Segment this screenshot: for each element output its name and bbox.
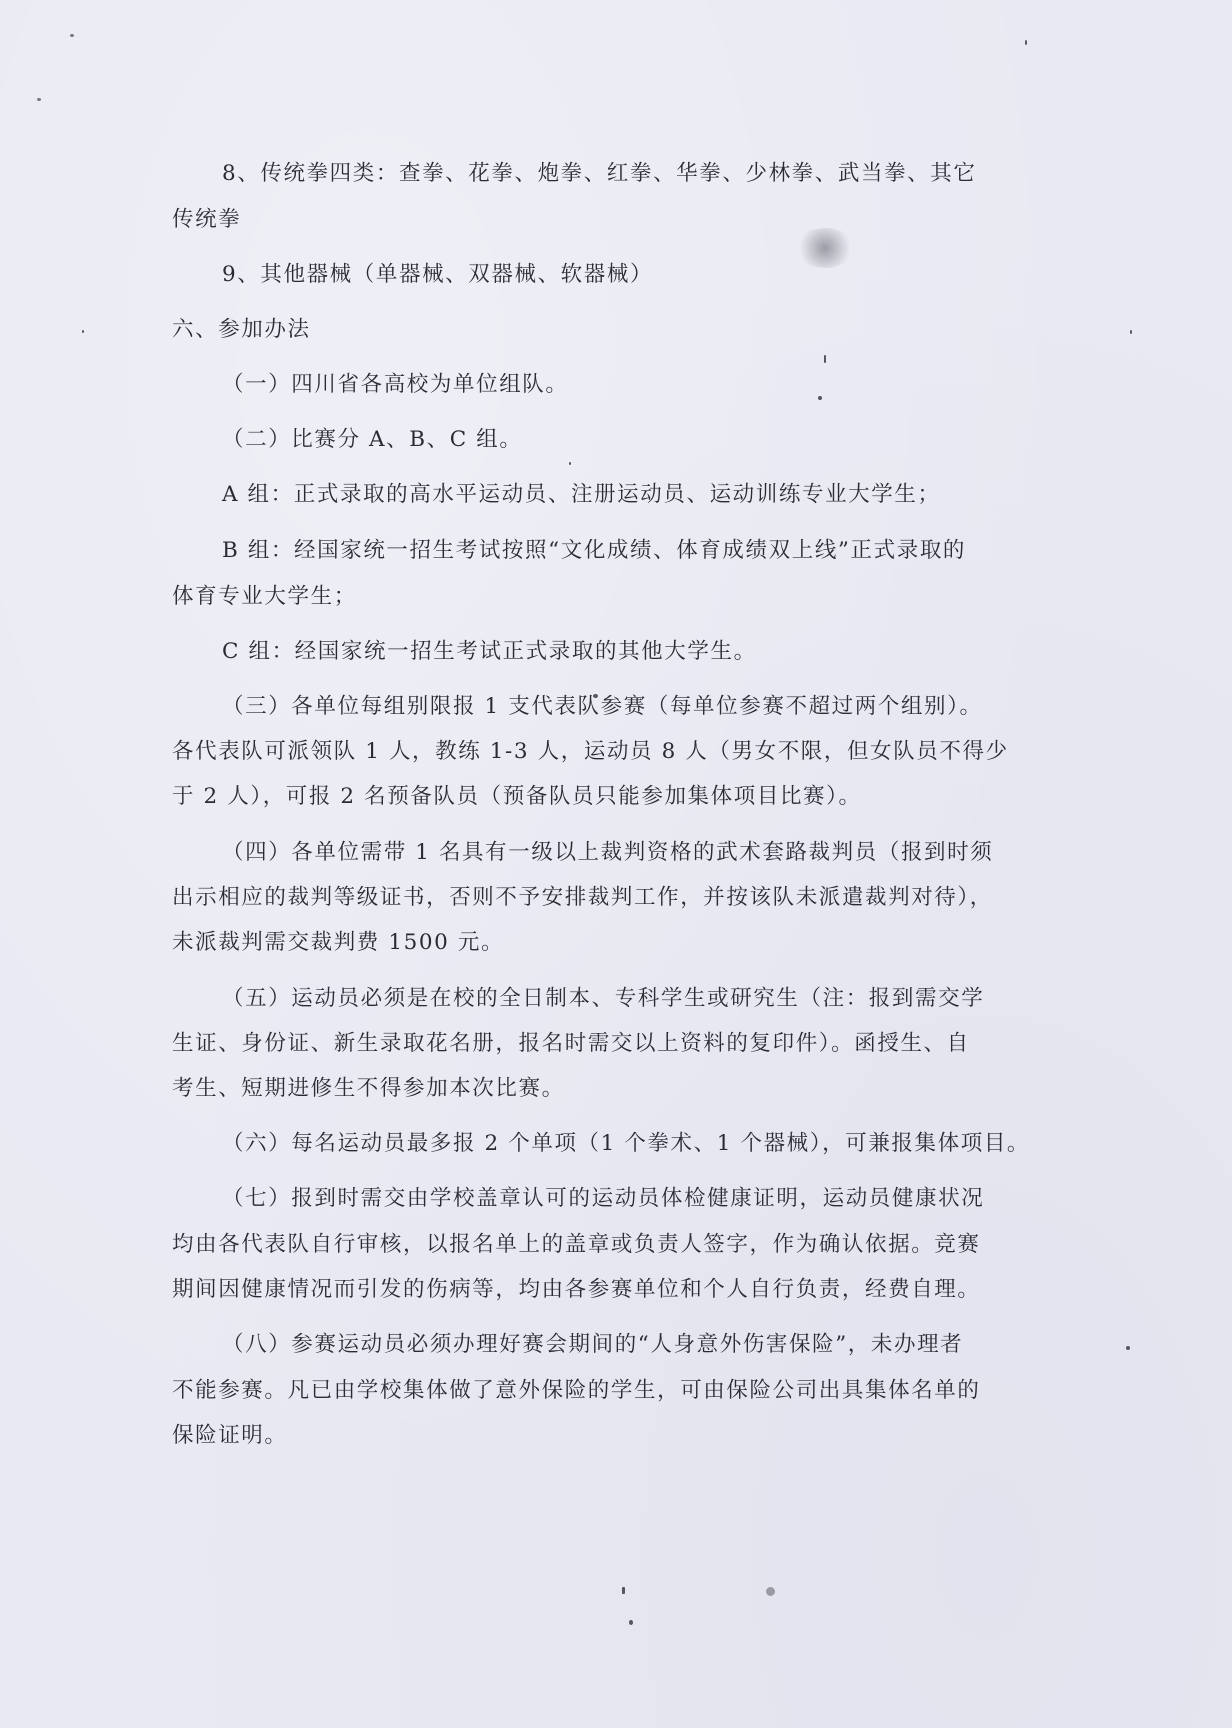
scanned-page: 8、传统拳四类：查拳、花拳、炮拳、红拳、华拳、少林拳、武当拳、其它 传统拳 9、…	[0, 0, 1232, 1728]
scan-speck	[1130, 330, 1132, 334]
scan-speck	[629, 1620, 633, 1625]
clause-7-line-3: 期间因健康情况而引发的伤病等，均由各参赛单位和个人自行负责，经费自理。	[172, 1277, 981, 1303]
clause-2-line-1: （二）比赛分 A、B、C 组。	[222, 427, 522, 453]
scan-speck	[766, 1587, 775, 1596]
scan-speck	[1025, 40, 1027, 45]
group-c-line-1: C 组：经国家统一招生考试正式录取的其他大学生。	[222, 639, 757, 665]
group-b-line-2: 体育专业大学生；	[172, 584, 357, 610]
scan-speck	[818, 396, 822, 400]
clause-8-line-2: 不能参赛。凡已由学校集体做了意外保险的学生，可由保险公司出具集体名单的	[172, 1378, 981, 1404]
clause-1-line-1: （一）四川省各高校为单位组队。	[222, 372, 569, 398]
clause-6-line-1: （六）每名运动员最多报 2 个单项（1 个拳术、1 个器械），可兼报集体项目。	[222, 1131, 1030, 1157]
clause-3-line-2: 各代表队可派领队 1 人，教练 1-3 人，运动员 8 人（男女不限，但女队员不…	[172, 739, 1009, 765]
clause-5-line-2: 生证、身份证、新生录取花名册，报名时需交以上资料的复印件）。函授生、自	[172, 1031, 970, 1057]
scan-speck	[622, 1587, 625, 1594]
item-8-line-1: 8、传统拳四类：查拳、花拳、炮拳、红拳、华拳、少林拳、武当拳、其它	[222, 161, 976, 187]
clause-5-line-3: 考生、短期进修生不得参加本次比赛。	[172, 1076, 565, 1102]
clause-8-line-1: （八）参赛运动员必须办理好赛会期间的“人身意外伤害保险”，未办理者	[222, 1332, 963, 1358]
scan-speck	[824, 355, 826, 363]
item-9-line-1: 9、其他器械（单器械、双器械、软器械）	[222, 262, 653, 288]
clause-7-line-1: （七）报到时需交由学校盖章认可的运动员体检健康证明，运动员健康状况	[222, 1186, 984, 1212]
clause-4-line-3: 未派裁判需交裁判费 1500 元。	[172, 930, 504, 956]
clause-5-line-1: （五）运动员必须是在校的全日制本、专科学生或研究生（注：报到需交学	[222, 986, 984, 1012]
section-heading: 六、参加办法	[172, 317, 311, 343]
scan-speck	[70, 34, 74, 37]
scan-speck	[1126, 1346, 1130, 1350]
scan-smudge	[795, 228, 855, 268]
scan-speck	[82, 330, 84, 333]
clause-8-line-3: 保险证明。	[172, 1423, 288, 1449]
clause-4-line-1: （四）各单位需带 1 名具有一级以上裁判资格的武术套路裁判员（报到时须	[222, 840, 993, 866]
scan-speck	[569, 462, 571, 465]
clause-4-line-2: 出示相应的裁判等级证书，否则不予安排裁判工作，并按该队未派遣裁判对待），	[172, 885, 993, 911]
clause-3-line-1: （三）各单位每组别限报 1 支代表队参赛（每单位参赛不超过两个组别）。	[222, 694, 983, 720]
scan-speck	[593, 694, 598, 698]
group-b-line-1: B 组：经国家统一招生考试按照“文化成绩、体育成绩双上线”正式录取的	[222, 538, 966, 564]
clause-3-line-3: 于 2 人），可报 2 名预备队员（预备队员只能参加集体项目比赛）。	[172, 784, 862, 810]
group-a-line-1: A 组：正式录取的高水平运动员、注册运动员、运动训练专业大学生；	[222, 482, 941, 508]
clause-7-line-2: 均由各代表队自行审核，以报名单上的盖章或负责人签字，作为确认依据。竞赛	[172, 1232, 981, 1258]
scan-speck	[37, 98, 41, 101]
item-8-line-2: 传统拳	[172, 207, 241, 233]
